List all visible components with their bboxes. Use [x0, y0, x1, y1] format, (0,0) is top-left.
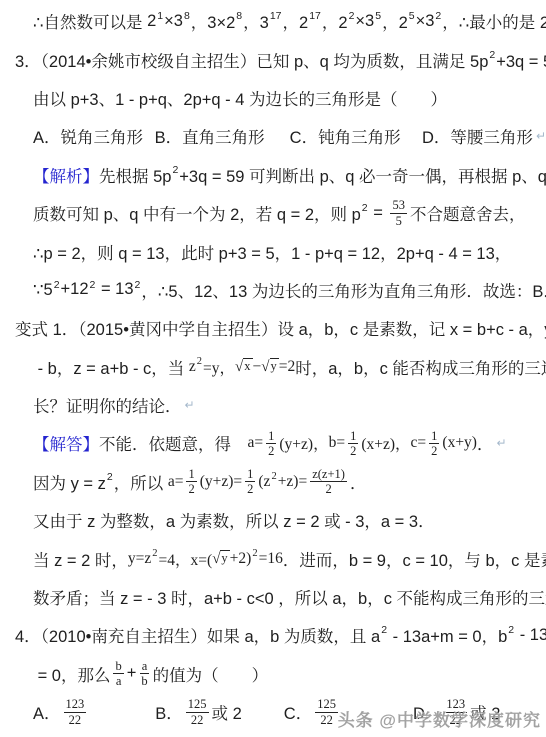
text-run: = 0，那么	[33, 662, 110, 686]
text-run: ，∴最小的是 288	[442, 9, 546, 33]
text-run: +12	[61, 280, 89, 299]
text-run: (x+y)	[442, 434, 477, 452]
text-run: - b，z = a+b - c，当	[33, 355, 189, 379]
paragraph-mark-icon: ↵	[496, 436, 506, 450]
text-run: c=	[411, 434, 427, 452]
superscript: 2	[271, 471, 276, 482]
fraction: 12522	[186, 697, 209, 727]
radical-icon: √	[235, 358, 243, 375]
doc-line: 又由于 z 为整数，a 为素数，所以 z = 2 或 - 3，a = 3．	[0, 501, 546, 539]
text-run: +	[127, 664, 137, 683]
superscript: 2	[252, 548, 257, 559]
fraction-numerator: 125	[315, 697, 338, 712]
doc-line: 【解答】不能．依题意，得 a=12(y+z)，b=12(x+z)，c=12(x+…	[0, 424, 546, 462]
superscript: 2	[135, 279, 141, 291]
spacer	[265, 136, 290, 137]
text-run: = 13	[96, 280, 133, 299]
text-run: 【解答】	[33, 431, 99, 455]
fraction-numerator: a	[140, 659, 150, 674]
text-run: 因为 y = z	[33, 470, 106, 494]
fraction-numerator: 123	[64, 697, 87, 712]
text-run: ．	[477, 431, 494, 455]
text-run: 先根据 5p	[99, 163, 171, 187]
doc-line: ∵52+122 = 132，∴5、12、13 为边长的三角形为直角三角形．故选：…	[0, 271, 546, 309]
text-run: ∴自然数可以是	[33, 9, 147, 33]
radical-icon: √	[261, 358, 269, 375]
text-run: =y，	[203, 356, 235, 378]
fraction: ba	[113, 659, 123, 689]
superscript: 2	[489, 49, 495, 61]
text-run: 或 2	[212, 700, 242, 724]
text-run: ，2	[322, 9, 348, 33]
text-run: - 13a+m = 0，b	[388, 623, 507, 647]
text-run: ．	[350, 470, 367, 494]
doc-line: 4．（2010•南充自主招生）如果 a，b 为质数，且 a2 - 13a+m =…	[0, 616, 546, 654]
fraction: 12	[245, 467, 255, 497]
text-run: 数矛盾；当 z = - 3 时，a+b - c<0 ，所以 a，b，c 不能构成…	[33, 585, 546, 609]
superscript: 2	[152, 548, 157, 559]
fraction-numerator: 1	[186, 467, 196, 482]
text-run: ，2	[382, 9, 408, 33]
radical-icon: √	[212, 550, 220, 567]
paragraph-mark-icon: ↵	[536, 129, 546, 143]
text-run: (y+z)=	[200, 473, 242, 491]
text-run: +3q = 59 可判断出 p、q 必一奇一偶，再根据 p、q 均为	[179, 163, 546, 187]
fraction-denominator: 2	[348, 444, 358, 458]
text-run: a=	[248, 434, 264, 452]
text-run: ×3	[164, 12, 183, 31]
text-run: A．	[33, 700, 61, 724]
text-run: +2)	[230, 550, 252, 568]
text-run: (x+z)，	[361, 432, 410, 454]
doc-line: 由以 p+3、1 - p+q、2p+q - 4 为边长的三角形是（ ）	[0, 79, 546, 117]
fraction-denominator: 22	[67, 713, 84, 727]
text-run: C．钝角三角形	[290, 124, 401, 148]
square-root: √y	[261, 358, 278, 375]
doc-line: ∴自然数可以是 21×38，3×28，317，217，22×35，25×32，∴…	[0, 2, 546, 40]
spacer	[242, 712, 284, 713]
text-run: 又由于 z 为整数，a 为素数，所以 z = 2 或 - 3，a = 3．	[33, 508, 435, 532]
fraction-denominator: 22	[189, 713, 206, 727]
fraction: 12522	[315, 697, 338, 727]
text-run: ，3×2	[191, 9, 236, 33]
text-run: 不合题意舍去，	[410, 201, 526, 225]
doc-line: 长？证明你的结论．↵	[0, 386, 546, 424]
superscript: 2	[362, 202, 368, 214]
text-run: ，3	[243, 9, 269, 33]
text-run: =16	[259, 550, 283, 568]
text-run: 由以 p+3、1 - p+q、2p+q - 4 为边长的三角形是（ ）	[33, 86, 447, 110]
superscript: 5	[375, 10, 381, 22]
fraction-denominator: 22	[318, 713, 335, 727]
text-run: B．直角三角形	[155, 124, 265, 148]
fraction: 535	[390, 198, 407, 228]
paragraph-mark-icon: ↵	[185, 398, 195, 412]
text-run: A．锐角三角形	[33, 124, 143, 148]
superscript: 17	[270, 10, 282, 22]
superscript: 17	[309, 10, 321, 22]
radicand: x	[243, 358, 252, 374]
doc-line: 数矛盾；当 z = - 3 时，a+b - c<0 ，所以 a，b，c 不能构成…	[0, 578, 546, 616]
fraction: 12	[348, 429, 358, 459]
spacer	[89, 712, 155, 713]
text-run: =	[369, 204, 388, 223]
spacer	[401, 136, 422, 137]
text-run: ∵5	[33, 280, 53, 300]
fraction-denominator: 5	[394, 214, 404, 228]
doc-line: 【解析】先根据 5p2+3q = 59 可判断出 p、q 必一奇一偶，再根据 p…	[0, 156, 546, 194]
text-run: a=	[168, 473, 184, 491]
text-run: C．	[284, 700, 312, 724]
doc-line: 质数可知 p、q 中有一个为 2，若 q = 2，则 p2 = 535不合题意舍…	[0, 194, 546, 232]
superscript: 8	[236, 10, 242, 22]
watermark: 头条 @中学数学深度研究	[338, 706, 541, 731]
text-run: ，2	[283, 9, 309, 33]
text-run: 4．（2010•南充自主招生）如果 a，b 为质数，且 a	[15, 623, 380, 647]
text-run: −	[253, 358, 262, 376]
superscript: 8	[184, 10, 190, 22]
square-root: √y	[212, 550, 229, 567]
fraction-denominator: a	[114, 674, 124, 688]
superscript: 2	[107, 471, 113, 483]
fraction-numerator: 1	[266, 429, 276, 444]
superscript: 2	[508, 624, 514, 636]
radicand: y	[270, 358, 279, 374]
text-run: 变式 1．（2015•黄冈中学自主招生）设 a，b，c 是素数，记 x = b+…	[15, 316, 546, 340]
text-run: (y+z)，	[279, 432, 328, 454]
spacer	[143, 136, 155, 137]
radicand: y	[220, 550, 229, 566]
superscript: 5	[409, 10, 415, 22]
superscript: 1	[157, 10, 163, 22]
text-run: 时，a，b，c 能否构成三角形的三边	[295, 355, 546, 379]
text-run: z	[189, 358, 196, 376]
text-run: 3．（2014•余姚市校级自主招生）已知 p、q 均为质数，且满足 5p	[15, 48, 488, 72]
text-run: b=	[329, 434, 346, 452]
superscript: 2	[90, 279, 96, 291]
doc-line: - b，z = a+b - c，当 z2=y，√x−√y=2时，a，b，c 能否…	[0, 348, 546, 386]
text-run: ∴p = 2，则 q = 13，此时 p+3 = 5，1 - p+q = 12，…	[33, 240, 511, 264]
fraction-denominator: 2	[186, 482, 196, 496]
text-run: y=z	[128, 550, 151, 568]
fraction: 12322	[64, 697, 87, 727]
text-run: B．	[155, 700, 183, 724]
text-run: =4，x=(	[159, 548, 213, 570]
superscript: 2	[54, 279, 60, 291]
text-run: 不能．依题意，得	[99, 431, 248, 455]
fraction: ab	[139, 659, 149, 689]
fraction: 12	[266, 429, 276, 459]
text-run: ×3	[355, 12, 374, 31]
text-run: 的值为（ ）	[153, 662, 269, 686]
text-run: 【解析】	[33, 163, 99, 187]
superscript: 2	[435, 10, 441, 22]
text-run: 当 z = 2 时，	[33, 547, 128, 571]
doc-line: A．锐角三角形B．直角三角形C．钝角三角形D．等腰三角形↵	[0, 117, 546, 155]
document-body: ∴自然数可以是 21×38，3×28，317，217，22×35，25×32，∴…	[0, 2, 546, 731]
text-run: 长？证明你的结论．	[33, 393, 182, 417]
text-run: D．等腰三角形	[422, 124, 533, 148]
square-root: √x	[235, 358, 252, 375]
text-run: 2	[147, 12, 156, 31]
fraction-denominator: b	[139, 674, 149, 688]
text-run: ，所以	[114, 470, 168, 494]
superscript: 2	[381, 624, 387, 636]
text-run: - 13b+m	[515, 626, 546, 645]
fraction: 12	[429, 429, 439, 459]
doc-line: 因为 y = z2，所以 a=12(y+z)=12(z2+z)=z(z+1)2．	[0, 463, 546, 501]
fraction-numerator: 53	[390, 198, 407, 213]
text-run: ×3	[416, 12, 435, 31]
document-page: ∴自然数可以是 21×38，3×28，317，217，22×35，25×32，∴…	[0, 0, 546, 731]
text-run: +z)=	[278, 473, 308, 491]
fraction-denominator: 2	[266, 444, 276, 458]
fraction-denominator: 2	[245, 482, 255, 496]
fraction: 12	[186, 467, 196, 497]
fraction-denominator: 2	[323, 482, 333, 496]
text-run: 质数可知 p、q 中有一个为 2，若 q = 2，则 p	[33, 201, 361, 225]
superscript: 2	[349, 10, 355, 22]
doc-line: 3．（2014•余姚市校级自主招生）已知 p、q 均为质数，且满足 5p2+3q…	[0, 40, 546, 78]
text-run: =2	[279, 358, 296, 376]
fraction-numerator: 125	[186, 697, 209, 712]
superscript: 2	[172, 164, 178, 176]
doc-line: = 0，那么ba+ab的值为（ ）	[0, 655, 546, 693]
superscript: 2	[197, 356, 202, 367]
fraction-numerator: 1	[348, 429, 358, 444]
fraction-numerator: 1	[245, 467, 255, 482]
doc-line: 变式 1．（2015•黄冈中学自主招生）设 a，b，c 是素数，记 x = b+…	[0, 309, 546, 347]
fraction-numerator: z(z+1)	[310, 467, 347, 482]
fraction-denominator: 2	[429, 444, 439, 458]
text-run: ，∴5、12、13 为边长的三角形为直角三角形．故选：B．	[141, 278, 546, 302]
fraction: z(z+1)2	[310, 467, 347, 497]
doc-line: 当 z = 2 时，y=z2=4，x=(√y+2)2=16．进而，b = 9，c…	[0, 539, 546, 577]
fraction-numerator: 1	[429, 429, 439, 444]
text-run: ．进而，b = 9，c = 10，与 b，c 是素	[283, 547, 546, 571]
text-run: (z	[258, 473, 270, 491]
doc-line: ∴p = 2，则 q = 13，此时 p+3 = 5，1 - p+q = 12，…	[0, 232, 546, 270]
fraction-numerator: b	[113, 659, 123, 674]
text-run: +3q = 59，	[496, 48, 546, 72]
